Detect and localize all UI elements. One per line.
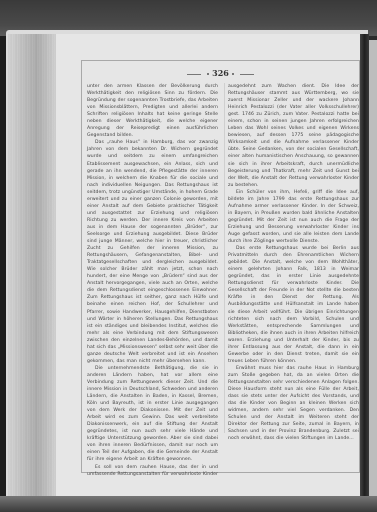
scan-background-bottom xyxy=(0,496,377,512)
header-rule-left xyxy=(187,74,201,75)
header-ornament-left xyxy=(207,73,209,75)
header-rule-right xyxy=(240,74,254,75)
column-divider xyxy=(224,83,225,433)
text-column-right: ausgedehnt zum Wachen dient. Die Idee de… xyxy=(228,83,359,442)
paragraph: unter den armen Klassen der Bevölkerung … xyxy=(87,83,218,139)
header-ornament-right xyxy=(232,73,234,75)
book-binding-edge xyxy=(360,34,369,496)
page-header: 326 xyxy=(81,67,360,79)
page-number: 326 xyxy=(212,68,229,78)
paragraph: Ein Schüler von ihm, Hefeli, griff die I… xyxy=(228,189,359,245)
paragraph: Erwähnt muss hier das rauhe Haus in Hamb… xyxy=(228,365,359,443)
paragraph: ausgedehnt zum Wachen dient. Die Idee de… xyxy=(228,83,359,189)
paragraph: Es soll von dem rauhen Hause, das der in… xyxy=(87,464,218,478)
paragraph: Das „rauhe Haus“ in Hamburg, das vor zwa… xyxy=(87,139,218,365)
page-stack-shading xyxy=(8,34,56,496)
paragraph: Die unternehmendste Bethätigung, die sie… xyxy=(87,365,218,464)
paragraph: Das erste Rettungshaus wurde bei Berlin … xyxy=(228,245,359,365)
next-page-sliver xyxy=(369,40,377,510)
text-column-left: unter den armen Klassen der Bevölkerung … xyxy=(87,83,218,478)
